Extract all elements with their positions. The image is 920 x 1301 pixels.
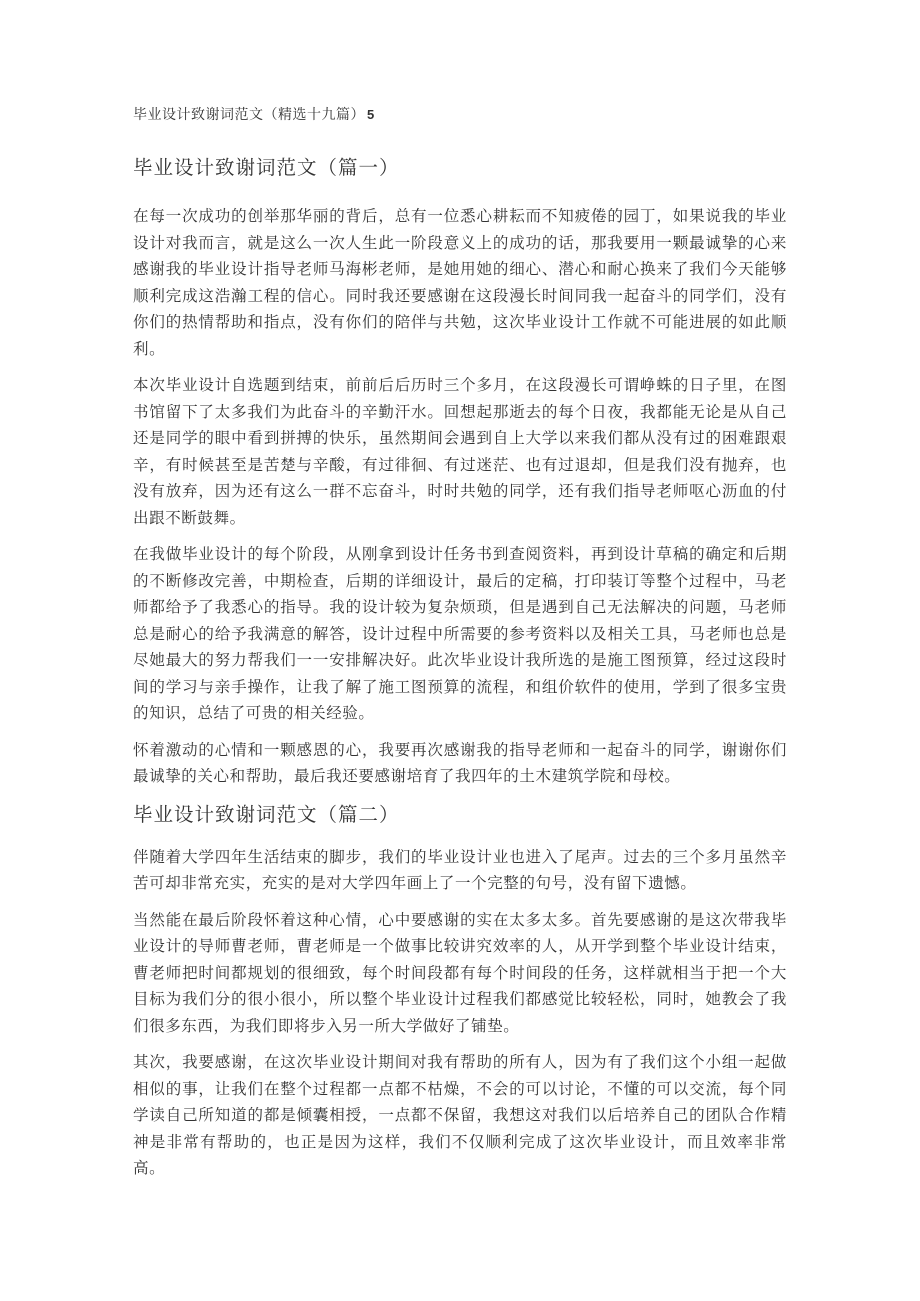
section-1-paragraph-4: 怀着激动的心情和一颗感恩的心，我要再次感谢我的指导老师和一起奋斗的同学，谢谢你们… <box>133 738 787 791</box>
document-page: 毕业设计致谢词范文（精选十九篇）5 毕业设计致谢词范文（篇一） 在每一次成功的创… <box>0 0 920 1301</box>
section-1-paragraph-1: 在每一次成功的创举那华丽的背后，总有一位悉心耕耘而不知疲倦的园丁，如果说我的毕业… <box>133 204 787 363</box>
section-1-paragraph-2: 本次毕业设计自选题到结束，前前后后历时三个多月，在这段漫长可谓峥蛛的日子里，在图… <box>133 373 787 532</box>
document-title: 毕业设计致谢词范文（精选十九篇）5 <box>133 105 787 126</box>
section-1-paragraph-3: 在我做毕业设计的每个阶段，从刚拿到设计任务书到查阅资料，再到设计草稿的确定和后期… <box>133 542 787 728</box>
section-2-paragraph-3: 其次，我要感谢，在这次毕业设计期间对我有帮助的所有人，因为有了我们这个小组一起做… <box>133 1050 787 1183</box>
section-2-paragraph-2: 当然能在最后阶段怀着这种心情，心中要感谢的实在太多太多。首先要感谢的是这次带我毕… <box>133 908 787 1041</box>
document-title-number: 5 <box>367 107 375 122</box>
document-content: 毕业设计致谢词范文（精选十九篇）5 毕业设计致谢词范文（篇一） 在每一次成功的创… <box>0 0 920 1183</box>
document-title-text: 毕业设计致谢词范文（精选十九篇） <box>133 108 365 123</box>
section-1-heading: 毕业设计致谢词范文（篇一） <box>133 154 787 184</box>
section-2-heading: 毕业设计致谢词范文（篇二） <box>133 801 787 831</box>
section-2-paragraph-1: 伴随着大学四年生活结束的脚步，我们的毕业设计业也进入了尾声。过去的三个多月虽然辛… <box>133 845 787 898</box>
